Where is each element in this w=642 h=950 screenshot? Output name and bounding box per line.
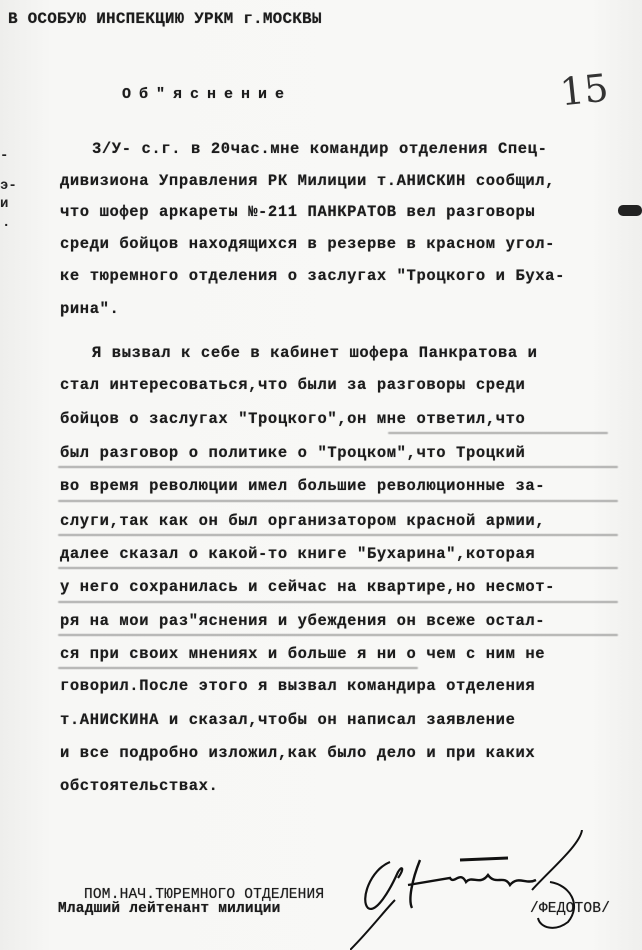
margin-mark: э- bbox=[0, 178, 17, 194]
body-line: среди бойцов находящихся в резерве в кра… bbox=[60, 235, 555, 253]
handwritten-page-number: 15 bbox=[558, 66, 611, 115]
body-line: ке тюремного отделения о заслугах "Троцк… bbox=[60, 267, 565, 285]
body-line: во время революции имел большие революци… bbox=[60, 477, 545, 495]
body-line: говорил.После этого я вызвал командира о… bbox=[60, 677, 535, 695]
body-line: т.АНИСКИНА и сказал,чтобы он написал зая… bbox=[60, 711, 515, 729]
body-line: стал интересоваться,что были за разговор… bbox=[60, 376, 525, 394]
body-line: рина". bbox=[60, 300, 119, 318]
body-line: далее сказал о какой-то книге "Бухарина"… bbox=[60, 545, 535, 563]
signature-rank: Младший лейтенант милиции bbox=[58, 901, 281, 917]
margin-mark: - bbox=[0, 148, 8, 164]
body-line: Я вызвал к себе в кабинет шофера Панкрат… bbox=[92, 344, 538, 362]
body-line: бойцов о заслугах "Троцкого",он мне отве… bbox=[60, 410, 525, 428]
handwritten-signature-icon bbox=[350, 830, 610, 950]
pencil-underline bbox=[58, 634, 618, 636]
body-line: был разговор о политике о "Троцком",что … bbox=[60, 444, 525, 462]
pencil-underline bbox=[388, 432, 608, 434]
body-line: что шофер аркареты №-211 ПАНКРАТОВ вел р… bbox=[60, 203, 535, 221]
scanned-document-page: В ОСОБУЮ ИНСПЕКЦИЮ УРКМ г.МОСКВЫ 15 Об"я… bbox=[0, 0, 642, 950]
addressee: В ОСОБУЮ ИНСПЕКЦИЮ УРКМ г.МОСКВЫ bbox=[8, 10, 322, 28]
margin-mark: . bbox=[2, 215, 10, 231]
pencil-underline bbox=[58, 667, 418, 669]
ink-blot bbox=[618, 205, 642, 216]
body-line: ря на мои раз"яснения и убеждения он все… bbox=[60, 612, 545, 630]
body-line: у него сохранилась и сейчас на квартире,… bbox=[60, 578, 555, 596]
body-line: дивизиона Управления РК Милиции т.АНИСКИ… bbox=[60, 172, 555, 190]
body-line: и все подробно изложил,как было дело и п… bbox=[60, 744, 535, 762]
pencil-underline bbox=[58, 601, 618, 603]
body-line: слуги,так как он был организатором красн… bbox=[60, 512, 545, 530]
pencil-underline bbox=[58, 466, 618, 468]
pencil-underline bbox=[58, 534, 618, 536]
pencil-underline bbox=[58, 500, 618, 502]
document-title: Об"яснение bbox=[122, 86, 292, 103]
margin-mark: и bbox=[0, 196, 8, 212]
body-line: 3/У- с.г. в 20час.мне командир отделения… bbox=[92, 140, 547, 158]
body-line: ся при своих мнениях и больше я ни о чем… bbox=[60, 645, 545, 663]
body-line: обстоятельствах. bbox=[60, 777, 218, 795]
pencil-underline bbox=[58, 567, 618, 569]
